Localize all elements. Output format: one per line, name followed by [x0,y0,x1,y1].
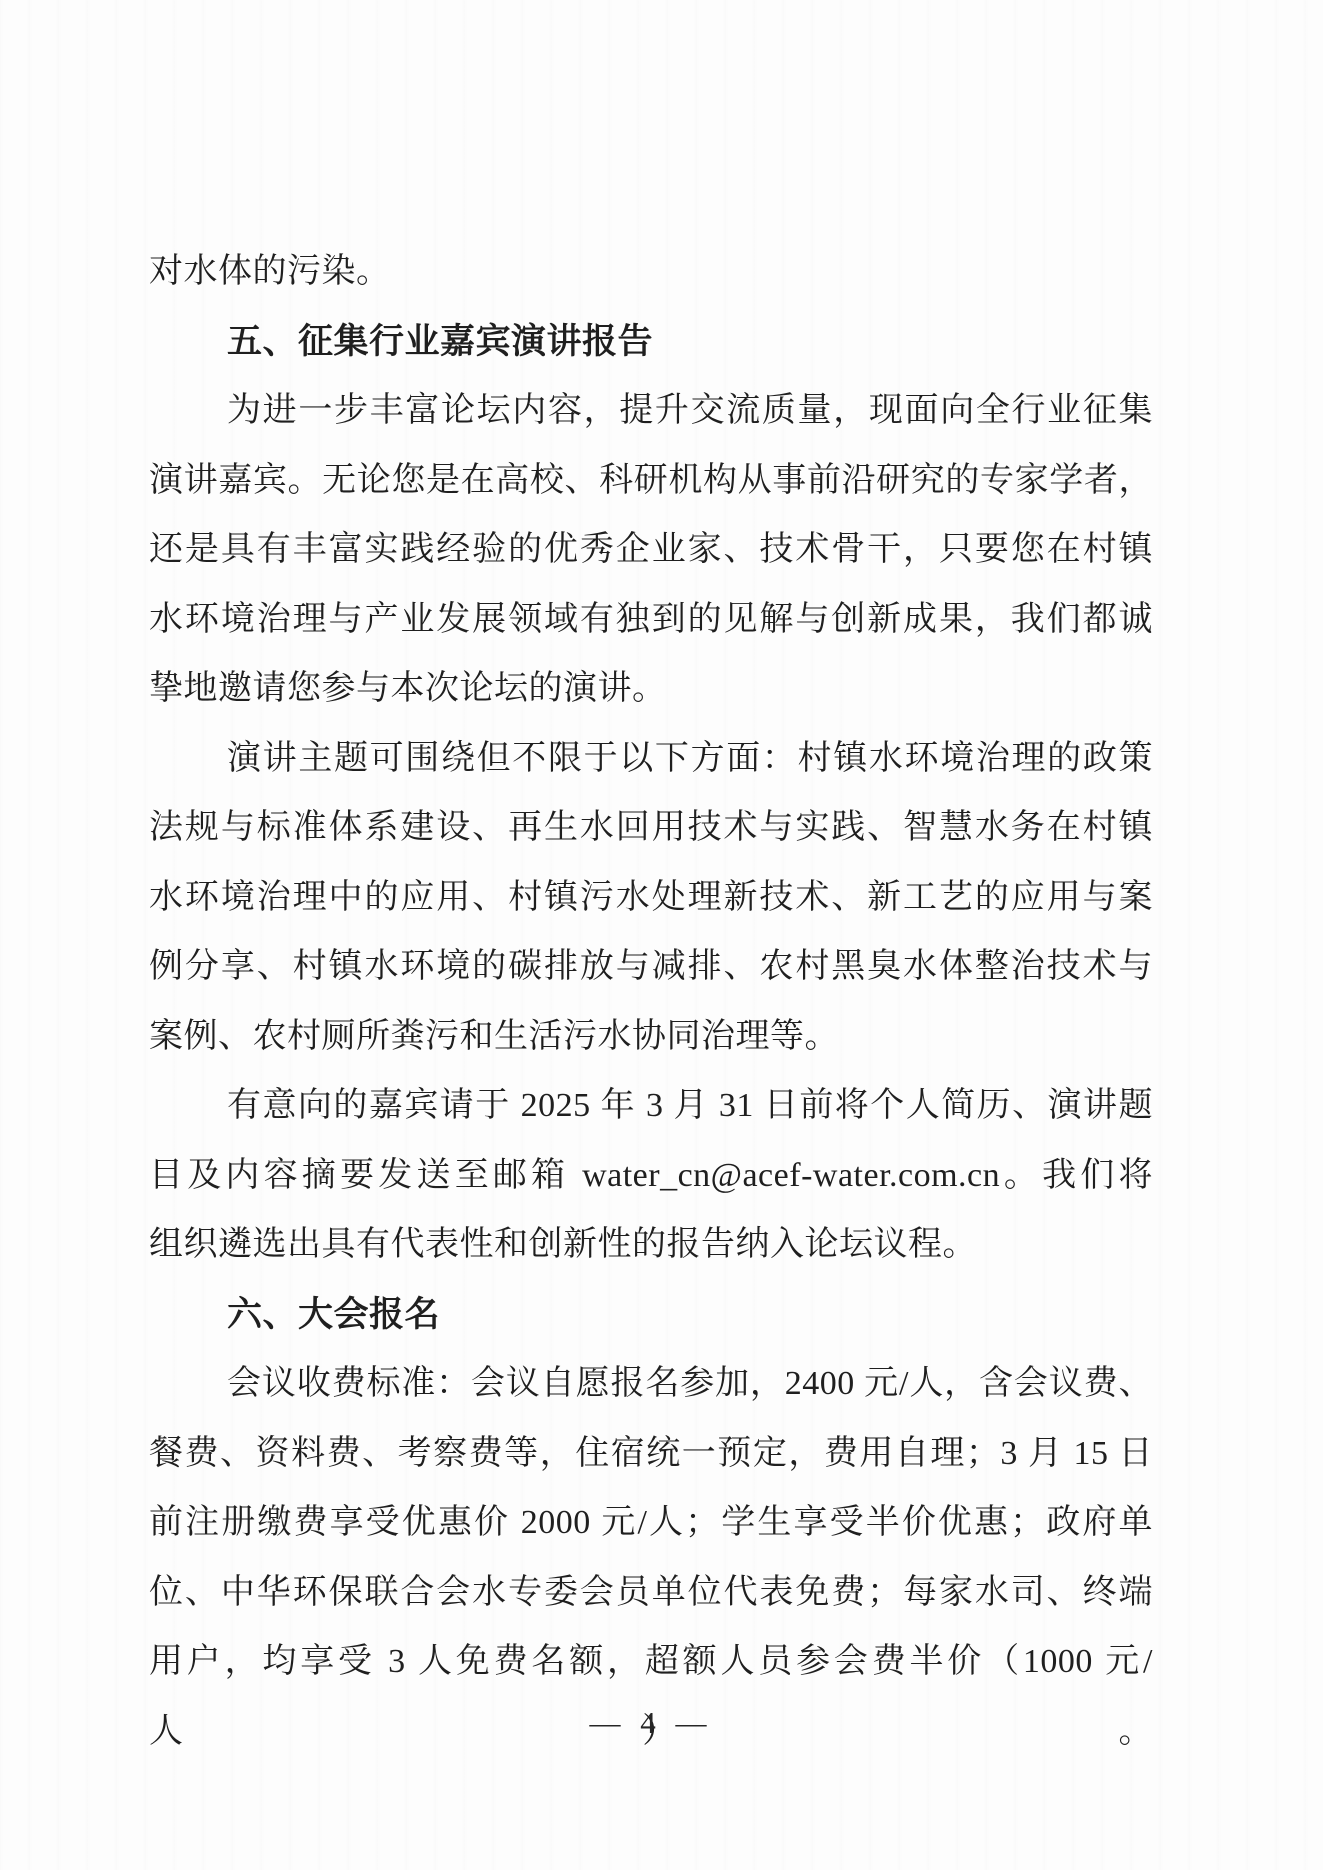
page-number: — 4 — [149,1705,1153,1741]
doc-line: 组织遴选出具有代表性和创新性的报告纳入论坛议程。 [149,1210,1153,1280]
doc-line: 用户，均享受 3 人免费名额，超额人员参会费半价（1000 元/人）。 [149,1627,1153,1766]
doc-line: 对水体的污染。 [149,237,1153,307]
document-body: 对水体的污染。 五、征集行业嘉宾演讲报告 为进一步丰富论坛内容，提升交流质量，现… [149,237,1153,1766]
doc-line: 有意向的嘉宾请于 2025 年 3 月 31 日前将个人简历、演讲题 [149,1071,1153,1141]
doc-line: 例分享、村镇水环境的碳排放与减排、农村黑臭水体整治技术与 [149,932,1153,1002]
doc-line: 会议收费标准：会议自愿报名参加，2400 元/人，含会议费、 [149,1349,1153,1419]
doc-line: 水环境治理中的应用、村镇污水处理新技术、新工艺的应用与案 [149,863,1153,933]
doc-line-email: 目及内容摘要发送至邮箱 water_cn@acef-water.com.cn。我… [149,1141,1153,1211]
doc-line: 水环境治理与产业发展领域有独到的见解与创新成果，我们都诚 [149,585,1153,655]
doc-line: 为进一步丰富论坛内容，提升交流质量，现面向全行业征集 [149,376,1153,446]
doc-line: 演讲主题可围绕但不限于以下方面：村镇水环境治理的政策 [149,724,1153,794]
doc-line: 法规与标准体系建设、再生水回用技术与实践、智慧水务在村镇 [149,793,1153,863]
doc-line: 演讲嘉宾。无论您是在高校、科研机构从事前沿研究的专家学者， [149,446,1153,516]
doc-line: 还是具有丰富实践经验的优秀企业家、技术骨干，只要您在村镇 [149,515,1153,585]
section-heading-six: 六、大会报名 [149,1280,1153,1350]
doc-line: 位、中华环保联合会水专委会员单位代表免费；每家水司、终端 [149,1558,1153,1628]
doc-line: 餐费、资料费、考察费等，住宿统一预定，费用自理；3 月 15 日 [149,1419,1153,1489]
section-heading-five: 五、征集行业嘉宾演讲报告 [149,307,1153,377]
document-page: 对水体的污染。 五、征集行业嘉宾演讲报告 为进一步丰富论坛内容，提升交流质量，现… [0,0,1323,1870]
doc-line: 前注册缴费享受优惠价 2000 元/人；学生享受半价优惠；政府单 [149,1488,1153,1558]
doc-line: 案例、农村厕所粪污和生活污水协同治理等。 [149,1002,1153,1072]
doc-line: 挚地邀请您参与本次论坛的演讲。 [149,654,1153,724]
